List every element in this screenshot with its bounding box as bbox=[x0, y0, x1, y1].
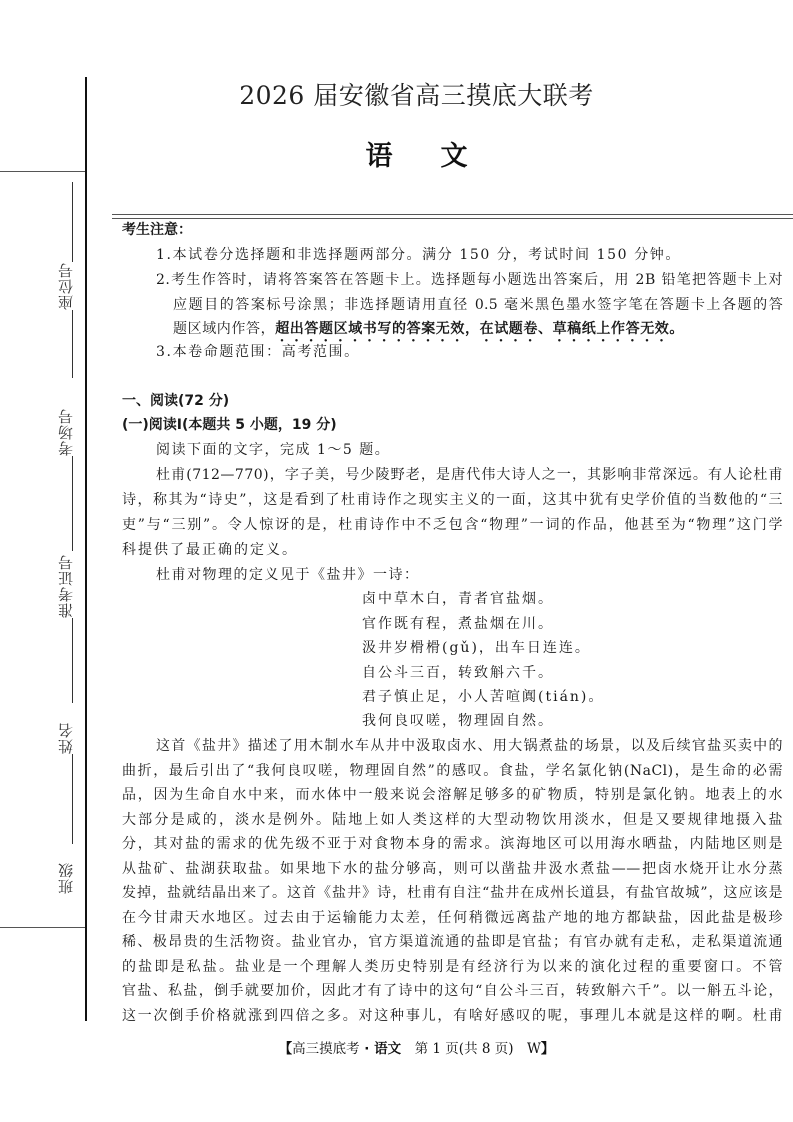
notice-item-2-text-1: 考生作答时，请将答案答在答题卡上。选择题每小题选出答案后，用 2B 铅笔把答题卡… bbox=[170, 272, 783, 288]
para3-line-10: 的盐即是私盐。盐业是一个理解人类历史特别是有经济行为以来的演化过程的重要窗口。不… bbox=[122, 958, 783, 976]
poem-line-1: 卤中草木白，青者官盐烟。 bbox=[362, 590, 554, 608]
para1-line-1: 杜甫(712—770)，字子美，号少陵野老，是唐代伟大诗人之一，其影响非常深远。… bbox=[156, 466, 783, 484]
notice-warning-emphasis: 超出答题区域书写的答案无效，在试题卷、草稿纸上作答无效。 bbox=[275, 321, 684, 337]
subsection-title: (一)阅读Ⅰ(本题共 5 小题，19 分) bbox=[122, 416, 337, 434]
seat-number-label: 座位号 bbox=[55, 262, 76, 310]
para1-line-2: 诗，称其为“诗史”，这是看到了杜甫诗作之现实主义的一面，这其中犹有史学价值的当数… bbox=[122, 491, 783, 509]
admission-number-label: 准考证号 bbox=[55, 554, 76, 618]
notice-item-1: 1.本试卷分选择题和非选择题两部分。满分 150 分，考试时间 150 分钟。 bbox=[156, 246, 681, 264]
binding-bottom-line bbox=[0, 927, 85, 928]
subject-title: 语文 bbox=[0, 134, 793, 173]
name-label: 姓名 bbox=[55, 722, 76, 754]
footer-dot: · bbox=[360, 1041, 375, 1057]
para3-line-12: 这一次倒手价格就涨到四倍之多。对这种事儿，有啥好感叹的呢，事理儿本就是这样的啊。… bbox=[122, 1007, 783, 1025]
exam-title: 2026 届安徽省高三摸底大联考 bbox=[0, 76, 793, 112]
notice-item-3-num: 3. bbox=[156, 344, 173, 360]
notice-item-3-text: 本卷命题范围：高考范围。 bbox=[173, 344, 360, 360]
binding-border-line bbox=[85, 77, 87, 1021]
notice-item-1-num: 1. bbox=[156, 247, 173, 263]
para3-line-7: 发掉，盐就结晶出来了。这首《盐井》诗，杜甫有自注“盐井在成州长道县，有盐官故城”… bbox=[122, 884, 783, 902]
section-title: 一、阅读(72 分) bbox=[122, 392, 229, 410]
footer-bracket-open: 【 bbox=[279, 1041, 293, 1057]
seat-number-field[interactable]: 座位号 bbox=[50, 182, 80, 378]
para3-line-2: 曲折，最后引出了“我何良叹嗟，物理固自然”的感叹。食盐，学名氯化钠(NaCl)，… bbox=[122, 762, 783, 780]
poem-line-4: 自公斗三百，转致斛六千。 bbox=[362, 664, 554, 682]
para3-line-6: 从盐矿、盐湖获取盐。如果地下水的盐分够高，则可以凿盐井汲水煮盐——把卤水烧开让水… bbox=[122, 860, 783, 878]
poem-line-6: 我何良叹嗟，物理固自然。 bbox=[362, 712, 554, 730]
para1-line-3: 吏”与“三别”。令人惊讶的是，杜甫诗作中不乏包含“物理”一词的作品，他甚至为“物… bbox=[122, 516, 783, 534]
exam-room-label: 考场号 bbox=[55, 408, 76, 456]
notice-item-1-text: 本试卷分选择题和非选择题两部分。满分 150 分，考试时间 150 分钟。 bbox=[173, 247, 681, 263]
para2: 杜甫对物理的定义见于《盐井》一诗： bbox=[156, 566, 420, 584]
notice-item-2-line-2: 应题目的答案标号涂黑；非选择题请用直径 0.5 毫米黑色墨水签字笔在答题卡上各题… bbox=[173, 296, 783, 314]
footer-page-info: 第 1 页(共 8 页) W bbox=[401, 1041, 541, 1057]
para3-line-9: 稀、极昂贵的生活物资。盐业官办，官方渠道流通的盐即是官盐；有官办就有走私，走私渠… bbox=[122, 933, 783, 951]
poem-line-2: 官作既有程，煮盐烟在川。 bbox=[362, 615, 554, 633]
reading-instruction: 阅读下面的文字，完成 1～5 题。 bbox=[156, 441, 390, 459]
para3-line-8: 在今甘肃天水地区。过去由于运输能力太差，任何稍微远离盐产地的地方都缺盐，因此盐是… bbox=[122, 909, 783, 927]
para3-line-4: 大部分是咸的，淡水是例外。陆地上如人类这样的大型动物饮用淡水，但是又要规律地摄入… bbox=[122, 811, 783, 829]
poem-line-5: 君子慎止足，小人苦喧阗(tián)。 bbox=[362, 688, 604, 706]
exam-room-field[interactable]: 考场号 bbox=[50, 408, 80, 551]
notice-title: 考生注意： bbox=[122, 221, 192, 239]
para3-line-3: 品，因为生命自水中来，而水体中一般来说会溶解足够多的矿物质，特别是氯化钠。地表上… bbox=[122, 786, 783, 804]
subject-char-2: 文 bbox=[441, 134, 468, 173]
notice-item-3: 3.本卷命题范围：高考范围。 bbox=[156, 343, 360, 361]
notice-item-2-line-3: 题区域内作答，超出答题区域书写的答案无效，在试题卷、草稿纸上作答无效。 bbox=[173, 320, 684, 345]
header-double-rule bbox=[112, 214, 793, 219]
page-footer: 【高三摸底考 · 语文 第 1 页(共 8 页) W】 bbox=[0, 1037, 793, 1057]
footer-bracket-close: 】 bbox=[541, 1041, 555, 1057]
para1-line-4: 科提供了最正确的定义。 bbox=[122, 541, 298, 559]
subject-char-1: 语 bbox=[366, 134, 393, 173]
poem-line-3: 汲井岁榾榾(gǔ)，出车日连连。 bbox=[362, 639, 591, 657]
notice-item-2-num: 2. bbox=[156, 272, 170, 288]
notice-item-2-text-3: 题区域内作答， bbox=[173, 321, 275, 337]
footer-exam: 高三摸底考 bbox=[292, 1041, 360, 1057]
footer-subject: 语文 bbox=[374, 1041, 401, 1057]
class-field[interactable]: 班级 bbox=[50, 862, 80, 894]
notice-item-2-line-1: 2.考生作答时，请将答案答在答题卡上。选择题每小题选出答案后，用 2B 铅笔把答… bbox=[156, 271, 783, 289]
binding-fields: 座位号 考场号 准考证号 姓名 班级 bbox=[50, 182, 80, 927]
admission-number-field[interactable]: 准考证号 bbox=[50, 554, 80, 703]
para3-line-1: 这首《盐井》描述了用木制水车从井中汲取卤水、用大锅煮盐的场景，以及后续官盐买卖中… bbox=[156, 737, 783, 755]
para3-line-11: 官盐、私盐，倒手就要加价，因此才有了诗中的这句“自公斗三百，转致斛六千”。以一斛… bbox=[122, 982, 783, 1000]
name-field[interactable]: 姓名 bbox=[50, 722, 80, 844]
class-label: 班级 bbox=[55, 862, 76, 894]
para3-line-5: 分，其对盐的需求的优先级不亚于对食物本身的需求。滨海地区可以用海水晒盐，内陆地区… bbox=[122, 835, 783, 853]
